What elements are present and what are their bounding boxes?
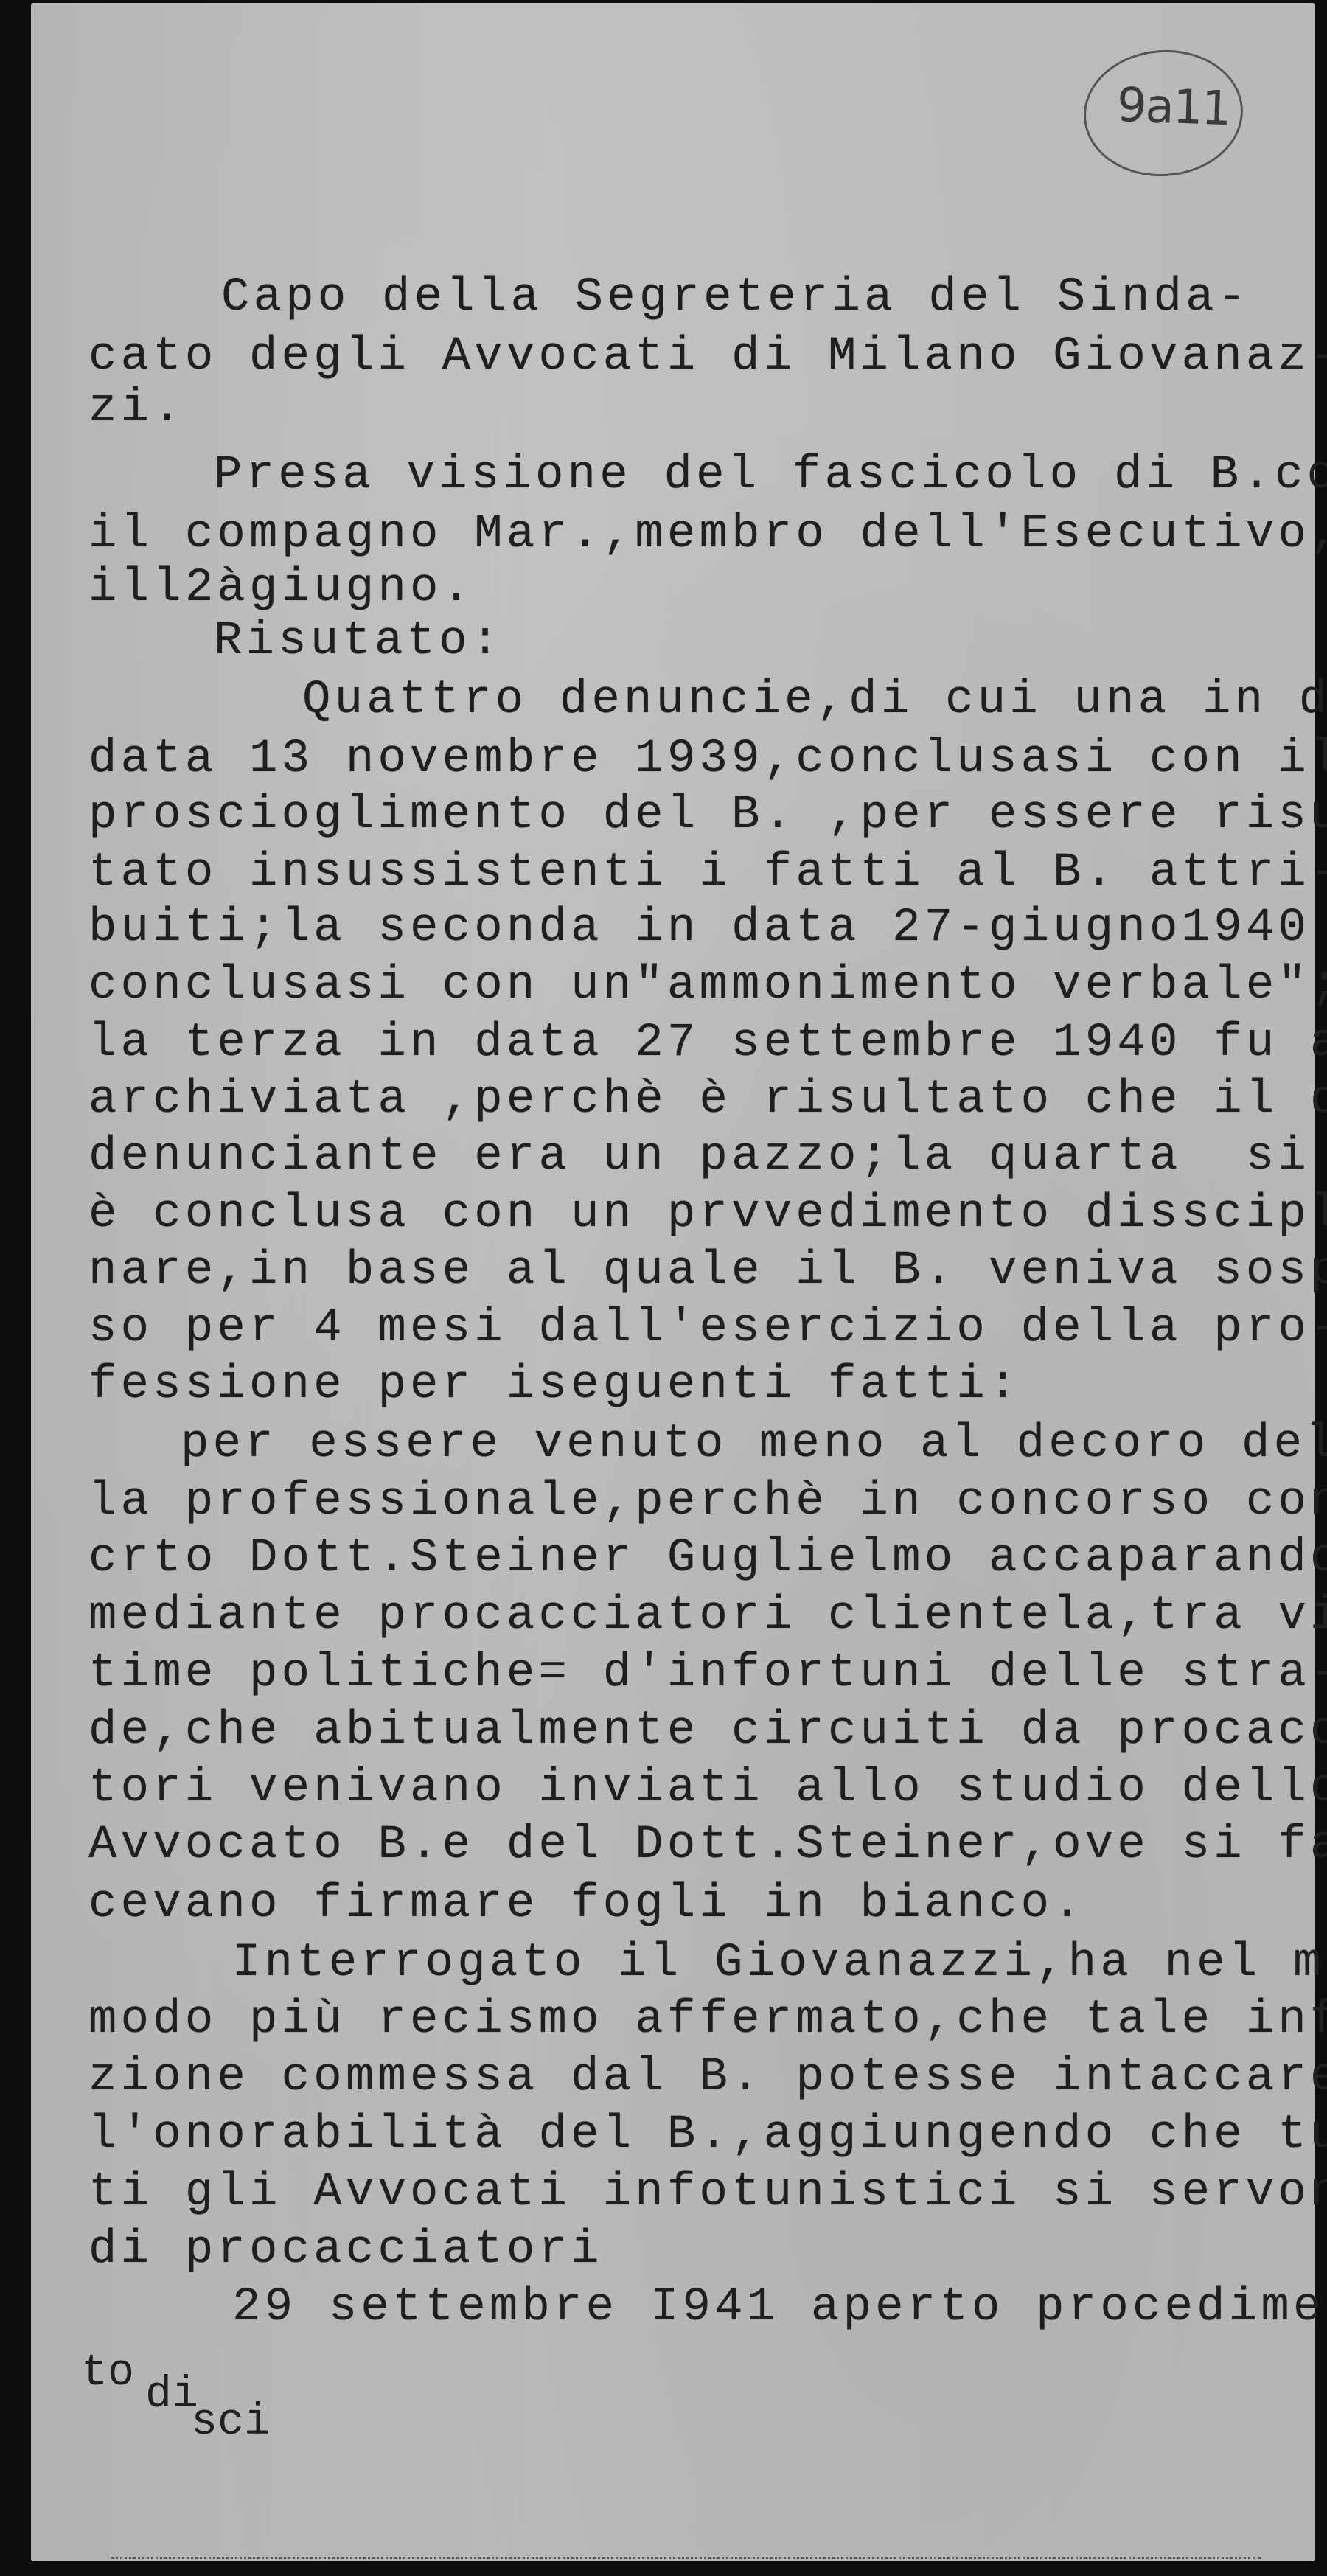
text-line: crto Dott.Steiner Guglielmo accaparando	[88, 1535, 1327, 1582]
bottom-perforation	[111, 2557, 1261, 2559]
text-line: ti gli Avvocati infotunistici si servon	[88, 2169, 1327, 2216]
text-line: denunciante era un pazzo;la quarta si	[88, 1133, 1310, 1180]
text-line: zi.	[88, 385, 185, 432]
text-line: la terza in data 27 settembre 1940 fu a	[88, 1020, 1327, 1067]
text-line: l'onorabilità del B.,aggiungendo che tu	[88, 2112, 1327, 2159]
text-line: Capo della Segreteria del Sinda-	[221, 274, 1250, 321]
text-line: per essere venuto meno al decoro del	[181, 1421, 1327, 1468]
text-line: ill2àgiugno.	[88, 565, 474, 612]
text-line: fessione per iseguenti fatti:	[88, 1362, 1021, 1409]
tail-fragment-sci: sci	[191, 2398, 271, 2448]
text-line: 29 settembre I941 aperto procedime	[232, 2284, 1326, 2331]
tail-fragment-to: to	[81, 2348, 134, 2398]
text-line: Presa visione del fascicolo di B.co	[214, 452, 1327, 499]
text-line: Risutato:	[214, 618, 503, 665]
text-line: buiti;la seconda in data 27-giugno1940	[88, 905, 1310, 952]
text-line: è conclusa con un prvvedimento disscipli	[88, 1191, 1327, 1238]
text-line: il compagno Mar.,membro dell'Esecutivo,	[88, 511, 1327, 558]
text-line: de,che abitualmente circuiti da procacc	[88, 1708, 1327, 1755]
text-line: Interrogato il Giovanazzi,ha nel m	[232, 1940, 1326, 1987]
text-line: archiviata ,perchè è risultato che il d	[88, 1076, 1327, 1124]
text-line: zione commessa dal B. potesse intaccare	[88, 2054, 1327, 2101]
text-line: Quattro denuncie,di cui una in d	[302, 677, 1327, 724]
text-line: conclusasi con un"ammonimento verbale";	[88, 962, 1327, 1009]
text-line: mediante procacciatori clientela,tra vi	[88, 1592, 1327, 1640]
text-line: cevano firmare fogli in bianco.	[88, 1881, 1085, 1928]
text-line: di procacciatori	[88, 2227, 603, 2274]
text-line: modo più recismo affermato,che tale inf	[88, 1997, 1327, 2044]
text-line: tato insussistenti i fatti al B. attri-	[88, 849, 1327, 897]
text-line: proscioglimento del B. ,per essere risu	[88, 792, 1327, 839]
text-line: tori venivano inviati allo studio dello	[88, 1765, 1327, 1812]
text-line: la professionale,perchè in concorso con	[88, 1478, 1327, 1525]
text-line: nare,in base al quale il B. veniva sosp	[88, 1247, 1327, 1295]
archive-stamp-number: 9a11	[1116, 78, 1207, 136]
text-line: data 13 novembre 1939,conclusasi con il	[88, 736, 1327, 783]
text-line: time politiche= d'infortuni delle stra-	[88, 1650, 1327, 1697]
text-line: Avvocato B.e del Dott.Steiner,ove si fa	[88, 1822, 1327, 1869]
text-line: so per 4 mesi dall'esercizio della pro-	[88, 1305, 1327, 1352]
text-line: cato degli Avvocati di Milano Giovanaz-	[88, 333, 1327, 380]
